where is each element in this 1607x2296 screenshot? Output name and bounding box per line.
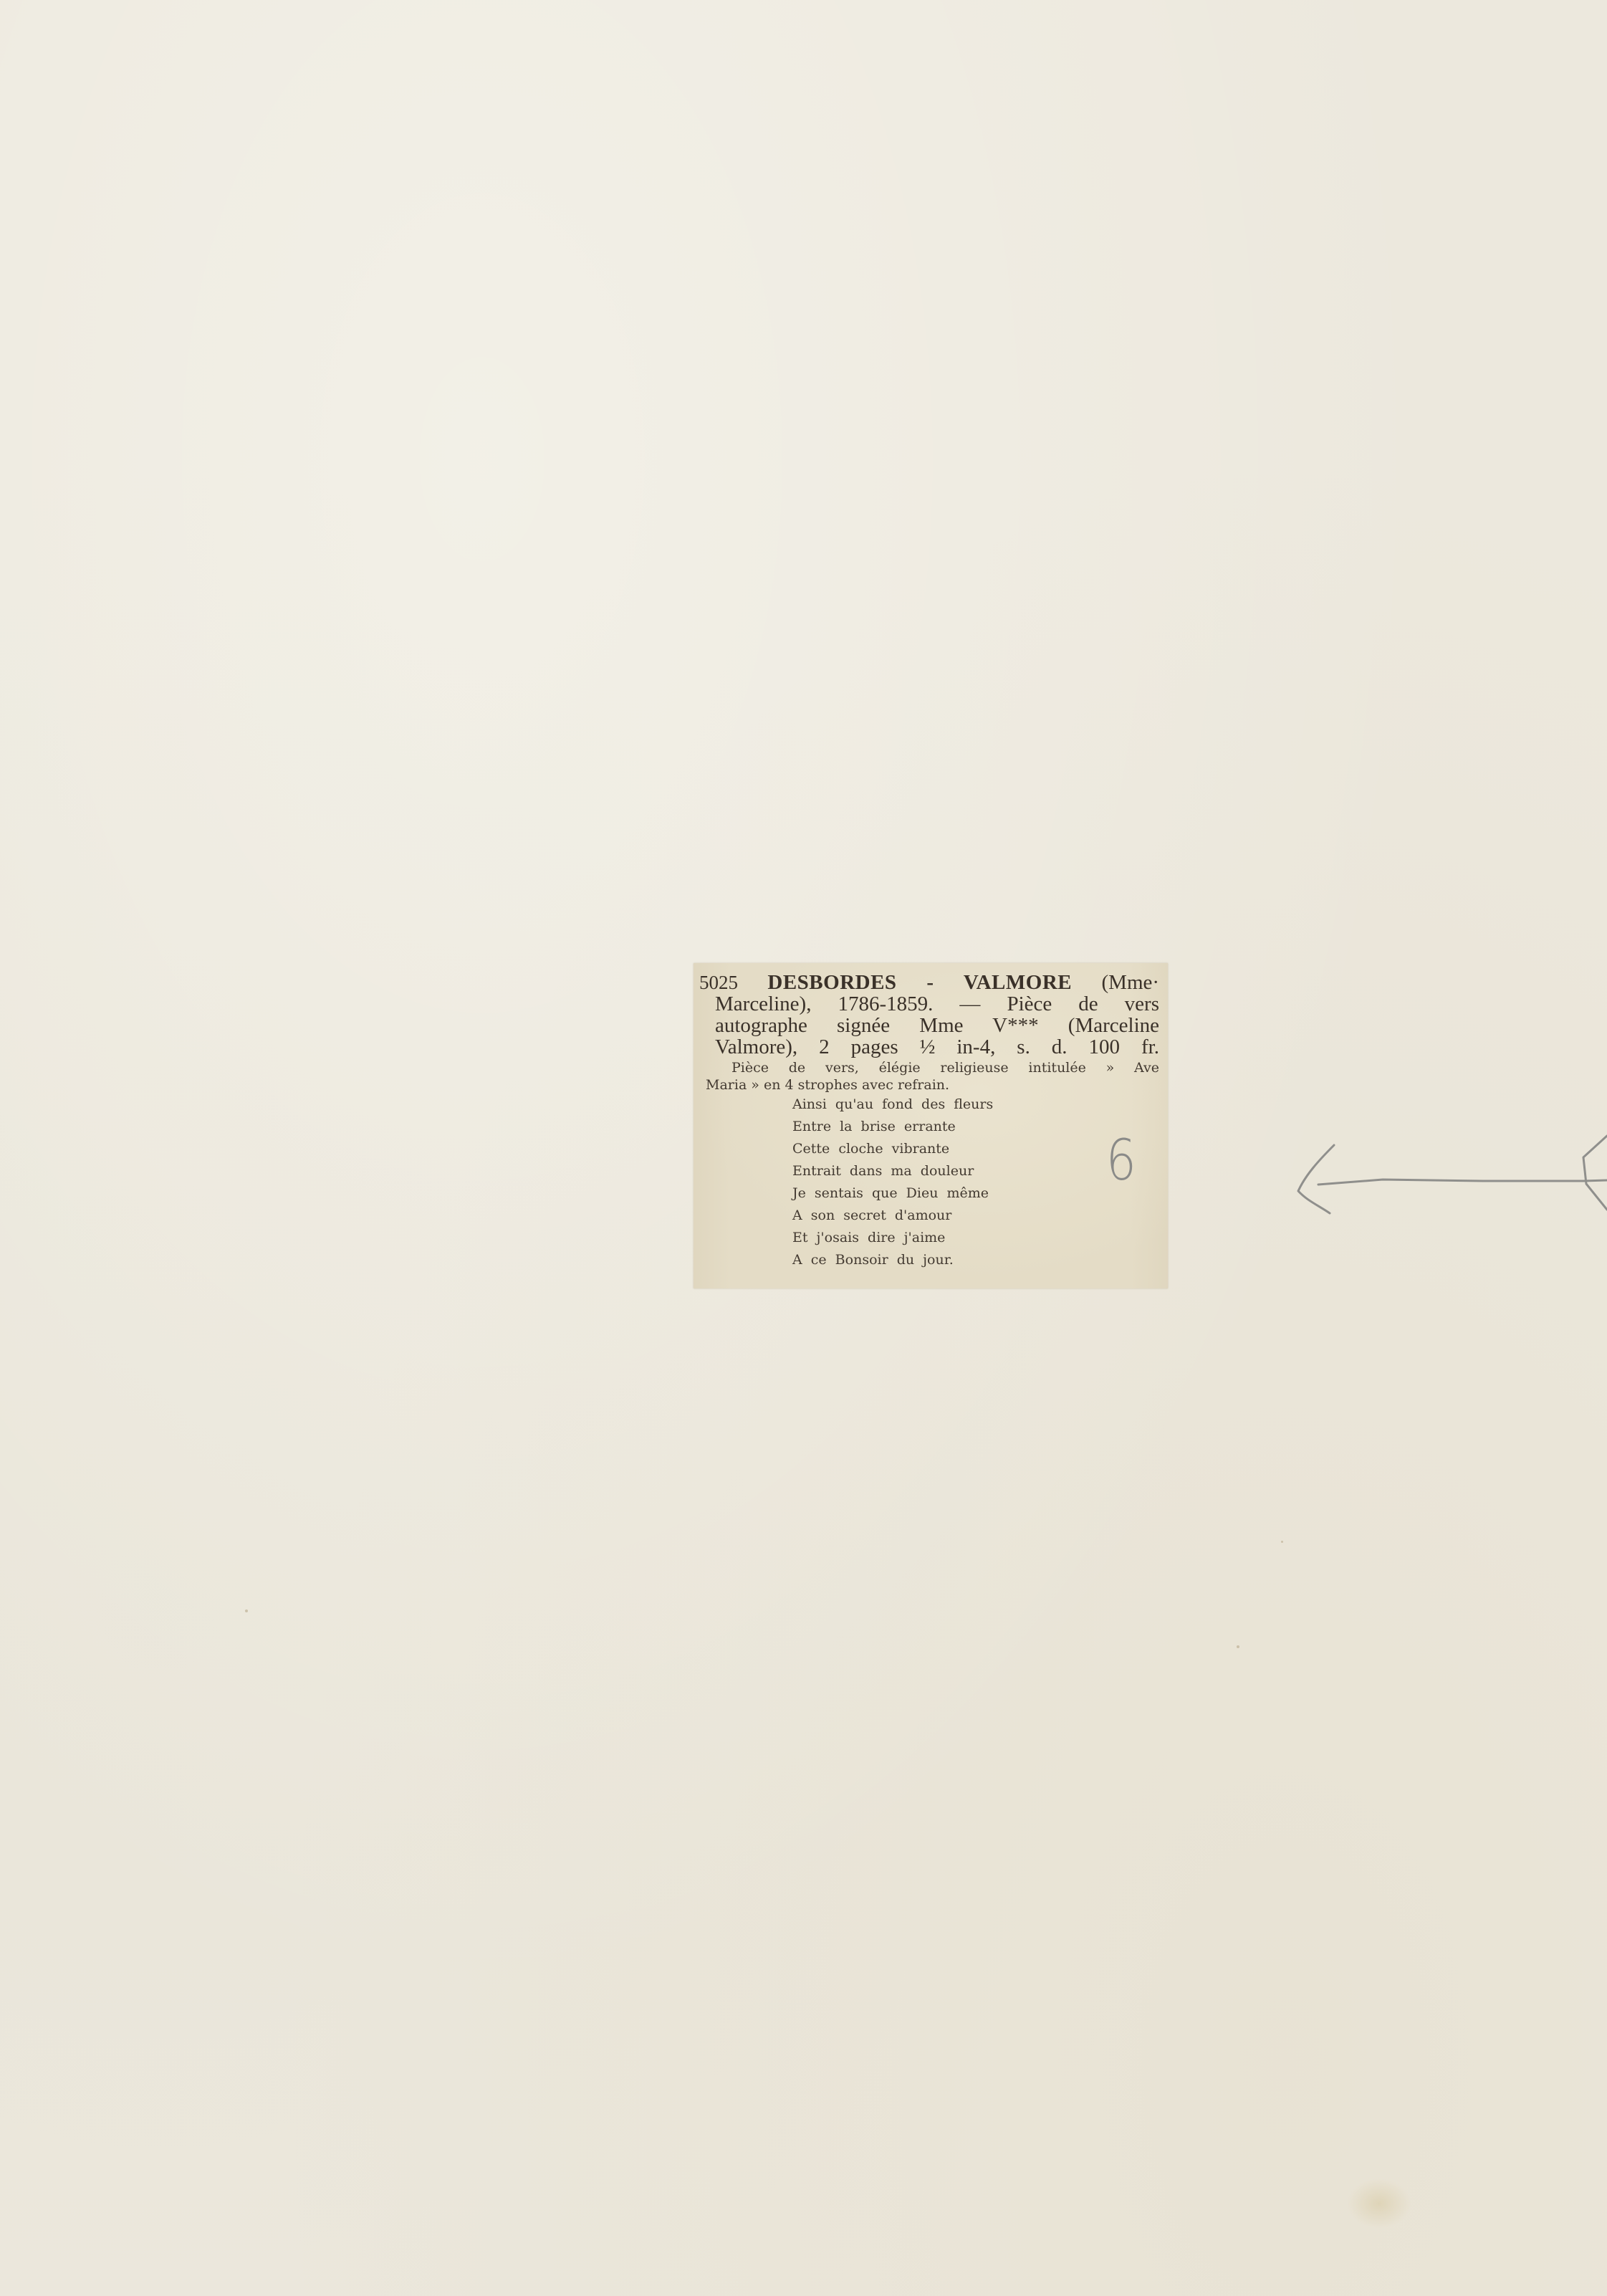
pencil-number-annotation: 6 bbox=[1106, 1129, 1136, 1193]
verse-line: Et j'osais dire j'aime bbox=[792, 1227, 1159, 1249]
catalogue-clipping: 5025 DESBORDES - VALMORE (Mme· Marceline… bbox=[694, 963, 1168, 1288]
paper-speck bbox=[1281, 1541, 1283, 1543]
verse-line: A son secret d'amour bbox=[792, 1205, 1159, 1227]
paper-stain bbox=[1347, 2178, 1411, 2229]
description-line-0: Pièce de vers, élégie religieuse intitul… bbox=[731, 1059, 1159, 1076]
verse-line: Entre la brise errante bbox=[792, 1116, 1159, 1138]
heading-line-1: Marceline), 1786-1859. — Pièce de vers bbox=[699, 993, 1159, 1015]
lot-heading: 5025 DESBORDES - VALMORE (Mme· Marceline… bbox=[699, 972, 1159, 1058]
verse-line: Cette cloche vibrante bbox=[792, 1138, 1159, 1160]
pencil-arrow-icon bbox=[1268, 1118, 1607, 1218]
heading-line-0: (Mme· bbox=[1102, 971, 1160, 994]
description-line-1: Maria » en 4 strophes avec refrain. bbox=[706, 1076, 1159, 1094]
verse-excerpt: Ainsi qu'au fond des fleurs Entre la bri… bbox=[699, 1094, 1159, 1271]
paper-speck bbox=[1237, 1645, 1239, 1648]
verse-line: A ce Bonsoir du jour. bbox=[792, 1249, 1159, 1271]
verse-line: Entrait dans ma douleur bbox=[792, 1160, 1159, 1182]
lot-description: Pièce de vers, élégie religieuse intitul… bbox=[699, 1059, 1159, 1094]
paper-speck bbox=[245, 1609, 248, 1612]
verse-line: Je sentais que Dieu même bbox=[792, 1182, 1159, 1205]
author-name: DESBORDES - VALMORE bbox=[767, 971, 1072, 994]
heading-line-3: Valmore), 2 pages ½ in-4, s. d. 100 fr. bbox=[699, 1036, 1159, 1058]
verse-line: Ainsi qu'au fond des fleurs bbox=[792, 1094, 1159, 1116]
heading-line-2: autographe signée Mme V*** (Marceline bbox=[699, 1015, 1159, 1036]
lot-number: 5025 bbox=[699, 972, 738, 993]
scanned-page: 5025 DESBORDES - VALMORE (Mme· Marceline… bbox=[0, 0, 1607, 2296]
